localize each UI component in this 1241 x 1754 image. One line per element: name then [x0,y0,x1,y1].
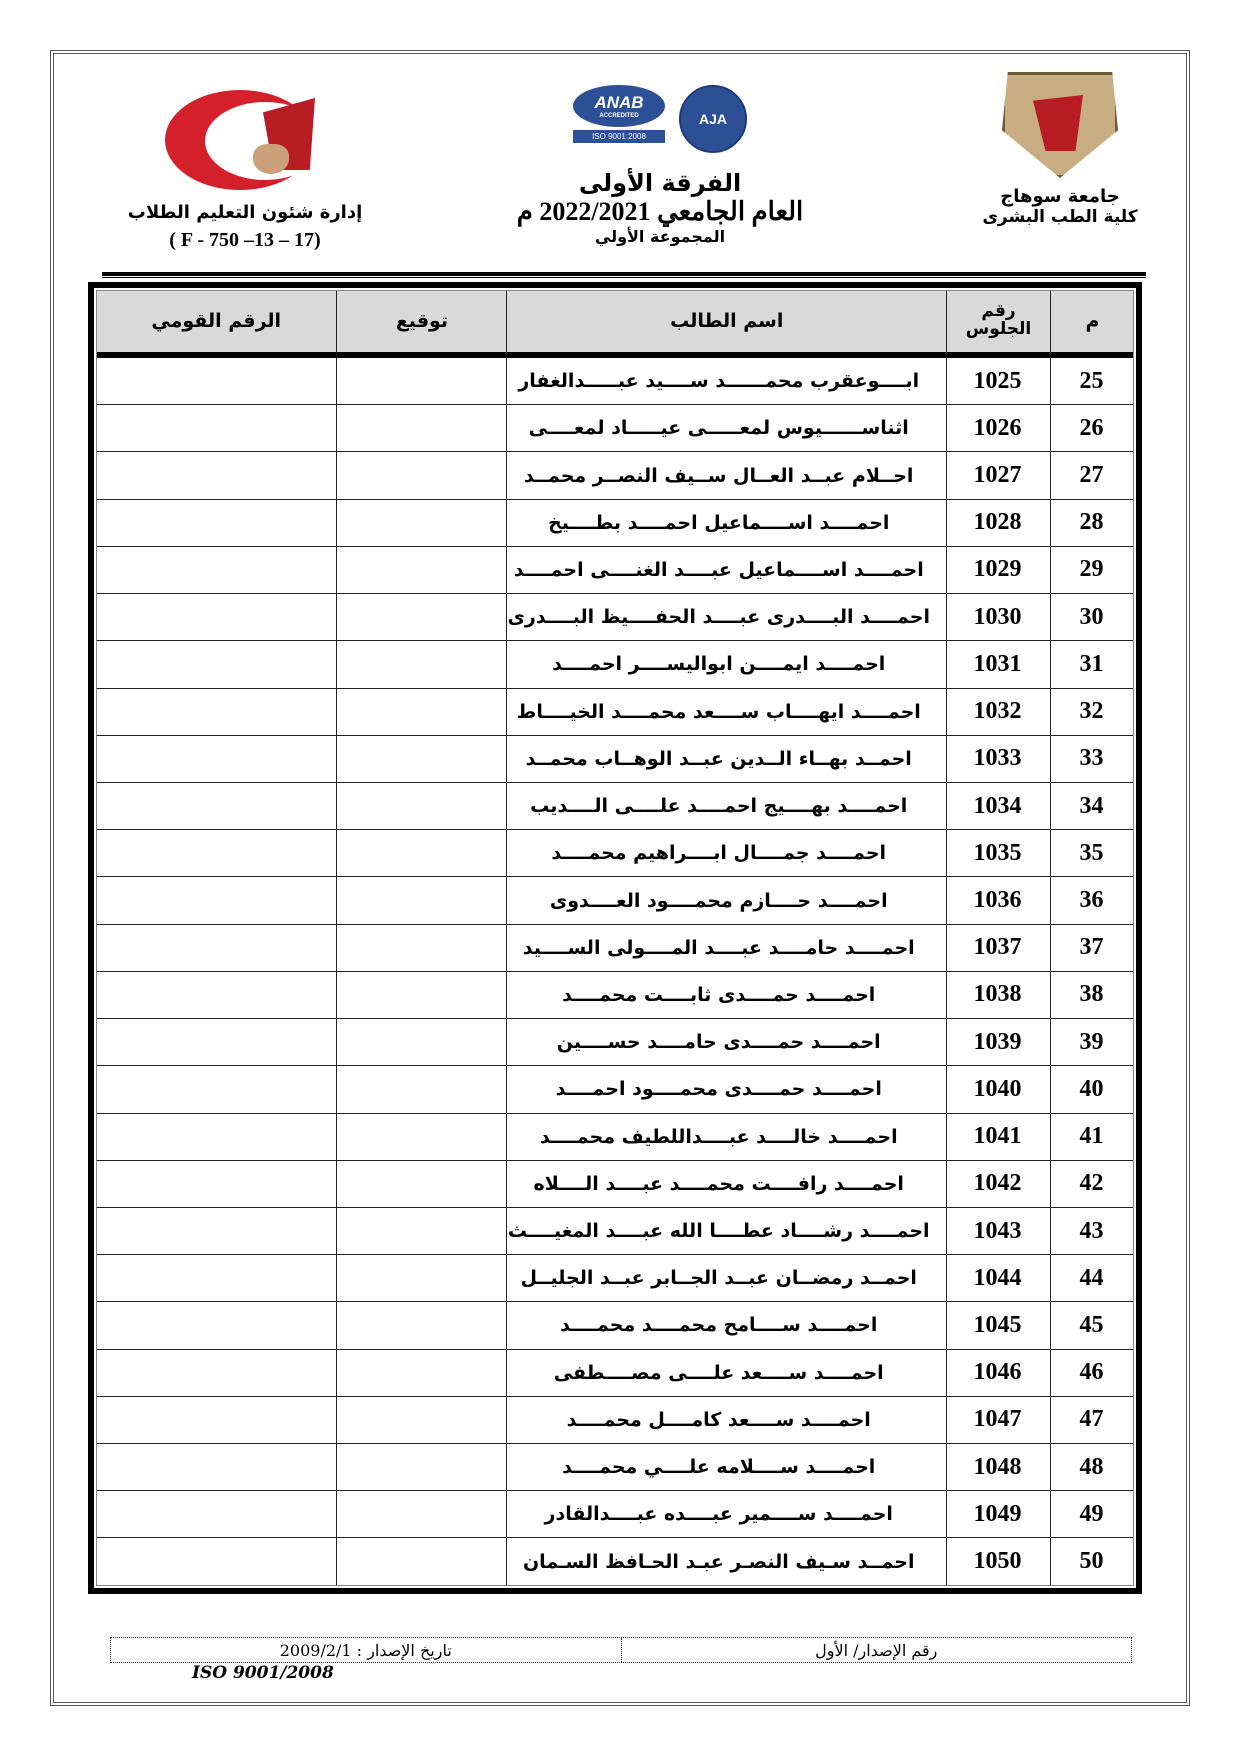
table-row: 371037احمــــد حامــــد عبــــد المــــو… [96,925,1134,972]
student-name: احمــد بهــاء الــدين عبــد الوهــاب محم… [506,736,946,783]
signature-cell[interactable] [336,830,506,877]
national-id-cell[interactable] [96,972,336,1019]
university-emblem-icon [1002,72,1118,178]
student-name: احمــــد ســــامح محمــــد محمــــد [506,1302,946,1349]
row-index: 25 [1050,358,1134,405]
table-row: 421042احمــــد رافــــت محمــــد عبــــد… [96,1161,1134,1208]
table-row: 481048احمــــد ســــلامه علــــي محمــــ… [96,1444,1134,1491]
table-row: 331033احمــد بهــاء الــدين عبــد الوهــ… [96,736,1134,783]
table-row: 451045احمــــد ســــامح محمــــد محمــــ… [96,1302,1134,1349]
department-name: إدارة شئون التعليم الطلاب [100,202,390,223]
national-id-cell[interactable] [96,1066,336,1113]
student-name: احمــــد حمــــدى محمــــود احمــــد [506,1066,946,1113]
seat-number: 1046 [946,1350,1050,1397]
national-id-cell[interactable] [96,1491,336,1538]
student-roster-table: م رقمالجلوس اسم الطالب توقيع الرقم القوم… [94,288,1136,1588]
table-row: 491049احمــــد ســــمير عبــــده عبــــد… [96,1491,1134,1538]
roster-table-frame: م رقمالجلوس اسم الطالب توقيع الرقم القوم… [88,282,1142,1594]
student-name: احمــــد جمــــال ابــــراهيم محمــــد [506,830,946,877]
aja-logo-icon: AJA [679,85,747,153]
issue-number: رقم الإصدار/ الأول [622,1638,1132,1662]
table-row: 321032احمــــد ايهــــاب ســــعد محمــــ… [96,689,1134,736]
national-id-cell[interactable] [96,1397,336,1444]
row-index: 38 [1050,972,1134,1019]
table-row: 251025ابــــوعقرب محمــــــد ســــيد عبـ… [96,358,1134,405]
seat-number: 1029 [946,547,1050,594]
student-name: احمــــد رشــــاد عطــــا الله عبــــد ا… [506,1208,946,1255]
row-index: 29 [1050,547,1134,594]
row-index: 47 [1050,1397,1134,1444]
student-name: احمــد رمضــان عبــد الجــابر عبــد الجل… [506,1255,946,1302]
table-row: 301030احمــــد البــــدرى عبــــد الحفــ… [96,594,1134,641]
row-index: 28 [1050,500,1134,547]
table-row: 391039احمــــد حمــــدى حامــــد حســــي… [96,1019,1134,1066]
student-name: احمــــد ســــعد كامــــل محمــــد [506,1397,946,1444]
national-id-cell[interactable] [96,1538,336,1586]
signature-cell[interactable] [336,1208,506,1255]
seat-number: 1042 [946,1161,1050,1208]
student-name: احمــــد خالــــد عبــــداللطيف محمــــد [506,1114,946,1161]
footer-issue-box: رقم الإصدار/ الأول تاريخ الإصدار : 2009/… [110,1637,1132,1663]
row-index: 26 [1050,405,1134,452]
row-index: 49 [1050,1491,1134,1538]
student-name: احمــد سـيف النصـر عبـد الحـافظ السـمان [506,1538,946,1586]
signature-cell[interactable] [336,547,506,594]
table-row: 291029احمــــد اســــماعيل عبــــد الغنـ… [96,547,1134,594]
seat-number: 1035 [946,830,1050,877]
header-right: جامعة سوهاج كلية الطب البشرى [950,72,1170,227]
table-row: 501050احمــد سـيف النصـر عبـد الحـافظ ال… [96,1538,1134,1586]
seat-number: 1039 [946,1019,1050,1066]
group-title: المجموعة الأولي [470,227,850,246]
signature-cell[interactable] [336,500,506,547]
signature-cell[interactable] [336,405,506,452]
national-id-cell[interactable] [96,1302,336,1349]
header-left: إدارة شئون التعليم الطلاب ( F - 750 –13 … [100,80,390,252]
header-divider-thin [102,277,1146,278]
seat-number: 1027 [946,452,1050,499]
seat-number: 1036 [946,877,1050,924]
student-name: احــلام عبــد العــال ســيف النصــر محمـ… [506,452,946,499]
faculty-name: كلية الطب البشرى [950,207,1170,227]
seat-number: 1038 [946,972,1050,1019]
national-id-cell[interactable] [96,452,336,499]
table-row: 261026اثناســــــيوس لمعـــــى عيـــــاد… [96,405,1134,452]
row-index: 45 [1050,1302,1134,1349]
signature-cell[interactable] [336,925,506,972]
signature-cell[interactable] [336,358,506,405]
national-id-cell[interactable] [96,783,336,830]
table-row: 471047احمــــد ســــعد كامــــل محمــــد [96,1397,1134,1444]
national-id-cell[interactable] [96,1255,336,1302]
table-row: 271027احــلام عبــد العــال ســيف النصــ… [96,452,1134,499]
signature-cell[interactable] [336,594,506,641]
student-name: ابــــوعقرب محمــــــد ســــيد عبـــــدا… [506,358,946,405]
national-id-cell[interactable] [96,405,336,452]
student-name: احمــــد حمــــدى ثابــــت محمــــد [506,972,946,1019]
table-row: 381038احمــــد حمــــدى ثابــــت محمــــ… [96,972,1134,1019]
table-row: 341034احمــــد بهــــيج احمــــد علــــى… [96,783,1134,830]
student-name: احمــــد ايهــــاب ســــعد محمــــد الخي… [506,689,946,736]
table-row: 361036احمــــد حــــازم محمــــود العـــ… [96,877,1134,924]
table-row: 281028احمــــد اســــماعيل احمــــد بطــ… [96,500,1134,547]
anab-logo-icon: ANABACCREDITED ISO 9001:2008 [573,85,665,153]
table-row: 441044احمــد رمضــان عبــد الجــابر عبــ… [96,1255,1134,1302]
row-index: 27 [1050,452,1134,499]
faculty-logo-icon [145,80,345,190]
signature-cell[interactable] [336,689,506,736]
academic-year: العام الجامعي 2022/2021 م [470,197,850,227]
row-index: 46 [1050,1350,1134,1397]
table-row: 431043احمــــد رشــــاد عطــــا الله عبـ… [96,1208,1134,1255]
row-index: 33 [1050,736,1134,783]
table-row: 411041احمــــد خالــــد عبــــداللطيف مح… [96,1114,1134,1161]
row-index: 32 [1050,689,1134,736]
signature-cell[interactable] [336,1538,506,1586]
signature-cell[interactable] [336,1444,506,1491]
national-id-cell[interactable] [96,547,336,594]
student-name: احمــــد حــــازم محمــــود العــــدوى [506,877,946,924]
student-name: احمــــد رافــــت محمــــد عبــــد الـــ… [506,1161,946,1208]
national-id-cell[interactable] [96,1019,336,1066]
seat-number: 1041 [946,1114,1050,1161]
signature-cell[interactable] [336,1066,506,1113]
seat-number: 1030 [946,594,1050,641]
national-id-cell[interactable] [96,830,336,877]
student-name: احمــــد ســــلامه علــــي محمــــد [506,1444,946,1491]
row-index: 40 [1050,1066,1134,1113]
row-index: 48 [1050,1444,1134,1491]
table-row: 461046احمــــد ســــعد علــــى مصــــطفى [96,1350,1134,1397]
certification-logos: AJA ANABACCREDITED ISO 9001:2008 [470,85,850,153]
national-id-cell[interactable] [96,1350,336,1397]
national-id-cell[interactable] [96,1114,336,1161]
student-name: اثناســــــيوس لمعـــــى عيـــــاد لمعــ… [506,405,946,452]
national-id-cell[interactable] [96,594,336,641]
national-id-cell[interactable] [96,641,336,688]
seat-number: 1028 [946,500,1050,547]
seat-number: 1050 [946,1538,1050,1586]
row-index: 39 [1050,1019,1134,1066]
student-name: احمــــد ايمــــن ابواليســــر احمــــد [506,641,946,688]
seat-number: 1040 [946,1066,1050,1113]
col-header-name: اسم الطالب [506,290,946,358]
header-center: AJA ANABACCREDITED ISO 9001:2008 الفرقة … [470,85,850,246]
level-title: الفرقة الأولى [470,169,850,197]
form-code: ( F - 750 –13 – 17) [100,229,390,252]
col-header-signature: توقيع [336,290,506,358]
col-header-seat: رقمالجلوس [946,290,1050,358]
signature-cell[interactable] [336,1161,506,1208]
signature-cell[interactable] [336,972,506,1019]
signature-cell[interactable] [336,783,506,830]
col-header-index: م [1050,290,1134,358]
national-id-cell[interactable] [96,925,336,972]
student-name: احمــــد اســــماعيل احمــــد بطــــيخ [506,500,946,547]
student-name: احمــــد بهــــيج احمــــد علــــى الـــ… [506,783,946,830]
row-index: 36 [1050,877,1134,924]
iso-standard: ISO 9001/2008 [192,1663,334,1683]
seat-number: 1044 [946,1255,1050,1302]
row-index: 50 [1050,1538,1134,1586]
issue-date: تاريخ الإصدار : 2009/2/1 [111,1638,622,1662]
seat-number: 1047 [946,1397,1050,1444]
row-index: 42 [1050,1161,1134,1208]
student-name: احمــــد اســــماعيل عبــــد الغنــــى ا… [506,547,946,594]
student-name: احمــــد ســــمير عبــــده عبــــدالقادر [506,1491,946,1538]
signature-cell[interactable] [336,452,506,499]
signature-cell[interactable] [336,1397,506,1444]
student-name: احمــــد حامــــد عبــــد المــــولى الس… [506,925,946,972]
seat-number: 1025 [946,358,1050,405]
national-id-cell[interactable] [96,358,336,405]
signature-cell[interactable] [336,1019,506,1066]
seat-number: 1026 [946,405,1050,452]
col-header-national-id: الرقم القومي [96,290,336,358]
row-index: 35 [1050,830,1134,877]
signature-cell[interactable] [336,641,506,688]
national-id-cell[interactable] [96,1161,336,1208]
national-id-cell[interactable] [96,500,336,547]
national-id-cell[interactable] [96,877,336,924]
seat-number: 1049 [946,1491,1050,1538]
signature-cell[interactable] [336,1255,506,1302]
seat-number: 1045 [946,1302,1050,1349]
seat-number: 1043 [946,1208,1050,1255]
seat-number: 1037 [946,925,1050,972]
row-index: 31 [1050,641,1134,688]
row-index: 41 [1050,1114,1134,1161]
signature-cell[interactable] [336,1491,506,1538]
table-header-row: م رقمالجلوس اسم الطالب توقيع الرقم القوم… [96,290,1134,358]
row-index: 43 [1050,1208,1134,1255]
row-index: 34 [1050,783,1134,830]
seat-number: 1048 [946,1444,1050,1491]
seat-number: 1034 [946,783,1050,830]
national-id-cell[interactable] [96,736,336,783]
seat-number: 1031 [946,641,1050,688]
header-divider [102,272,1146,276]
signature-cell[interactable] [336,1350,506,1397]
national-id-cell[interactable] [96,1208,336,1255]
signature-cell[interactable] [336,736,506,783]
row-index: 37 [1050,925,1134,972]
university-name: جامعة سوهاج [950,186,1170,207]
student-name: احمــــد ســــعد علــــى مصــــطفى [506,1350,946,1397]
seat-number: 1032 [946,689,1050,736]
signature-cell[interactable] [336,877,506,924]
national-id-cell[interactable] [96,1444,336,1491]
national-id-cell[interactable] [96,689,336,736]
table-row: 351035احمــــد جمــــال ابــــراهيم محمـ… [96,830,1134,877]
row-index: 44 [1050,1255,1134,1302]
student-name: احمــــد البــــدرى عبــــد الحفــــيظ ا… [506,594,946,641]
table-row: 311031احمــــد ايمــــن ابواليســــر احم… [96,641,1134,688]
signature-cell[interactable] [336,1114,506,1161]
signature-cell[interactable] [336,1302,506,1349]
student-name: احمــــد حمــــدى حامــــد حســــين [506,1019,946,1066]
seat-number: 1033 [946,736,1050,783]
row-index: 30 [1050,594,1134,641]
table-row: 401040احمــــد حمــــدى محمــــود احمـــ… [96,1066,1134,1113]
